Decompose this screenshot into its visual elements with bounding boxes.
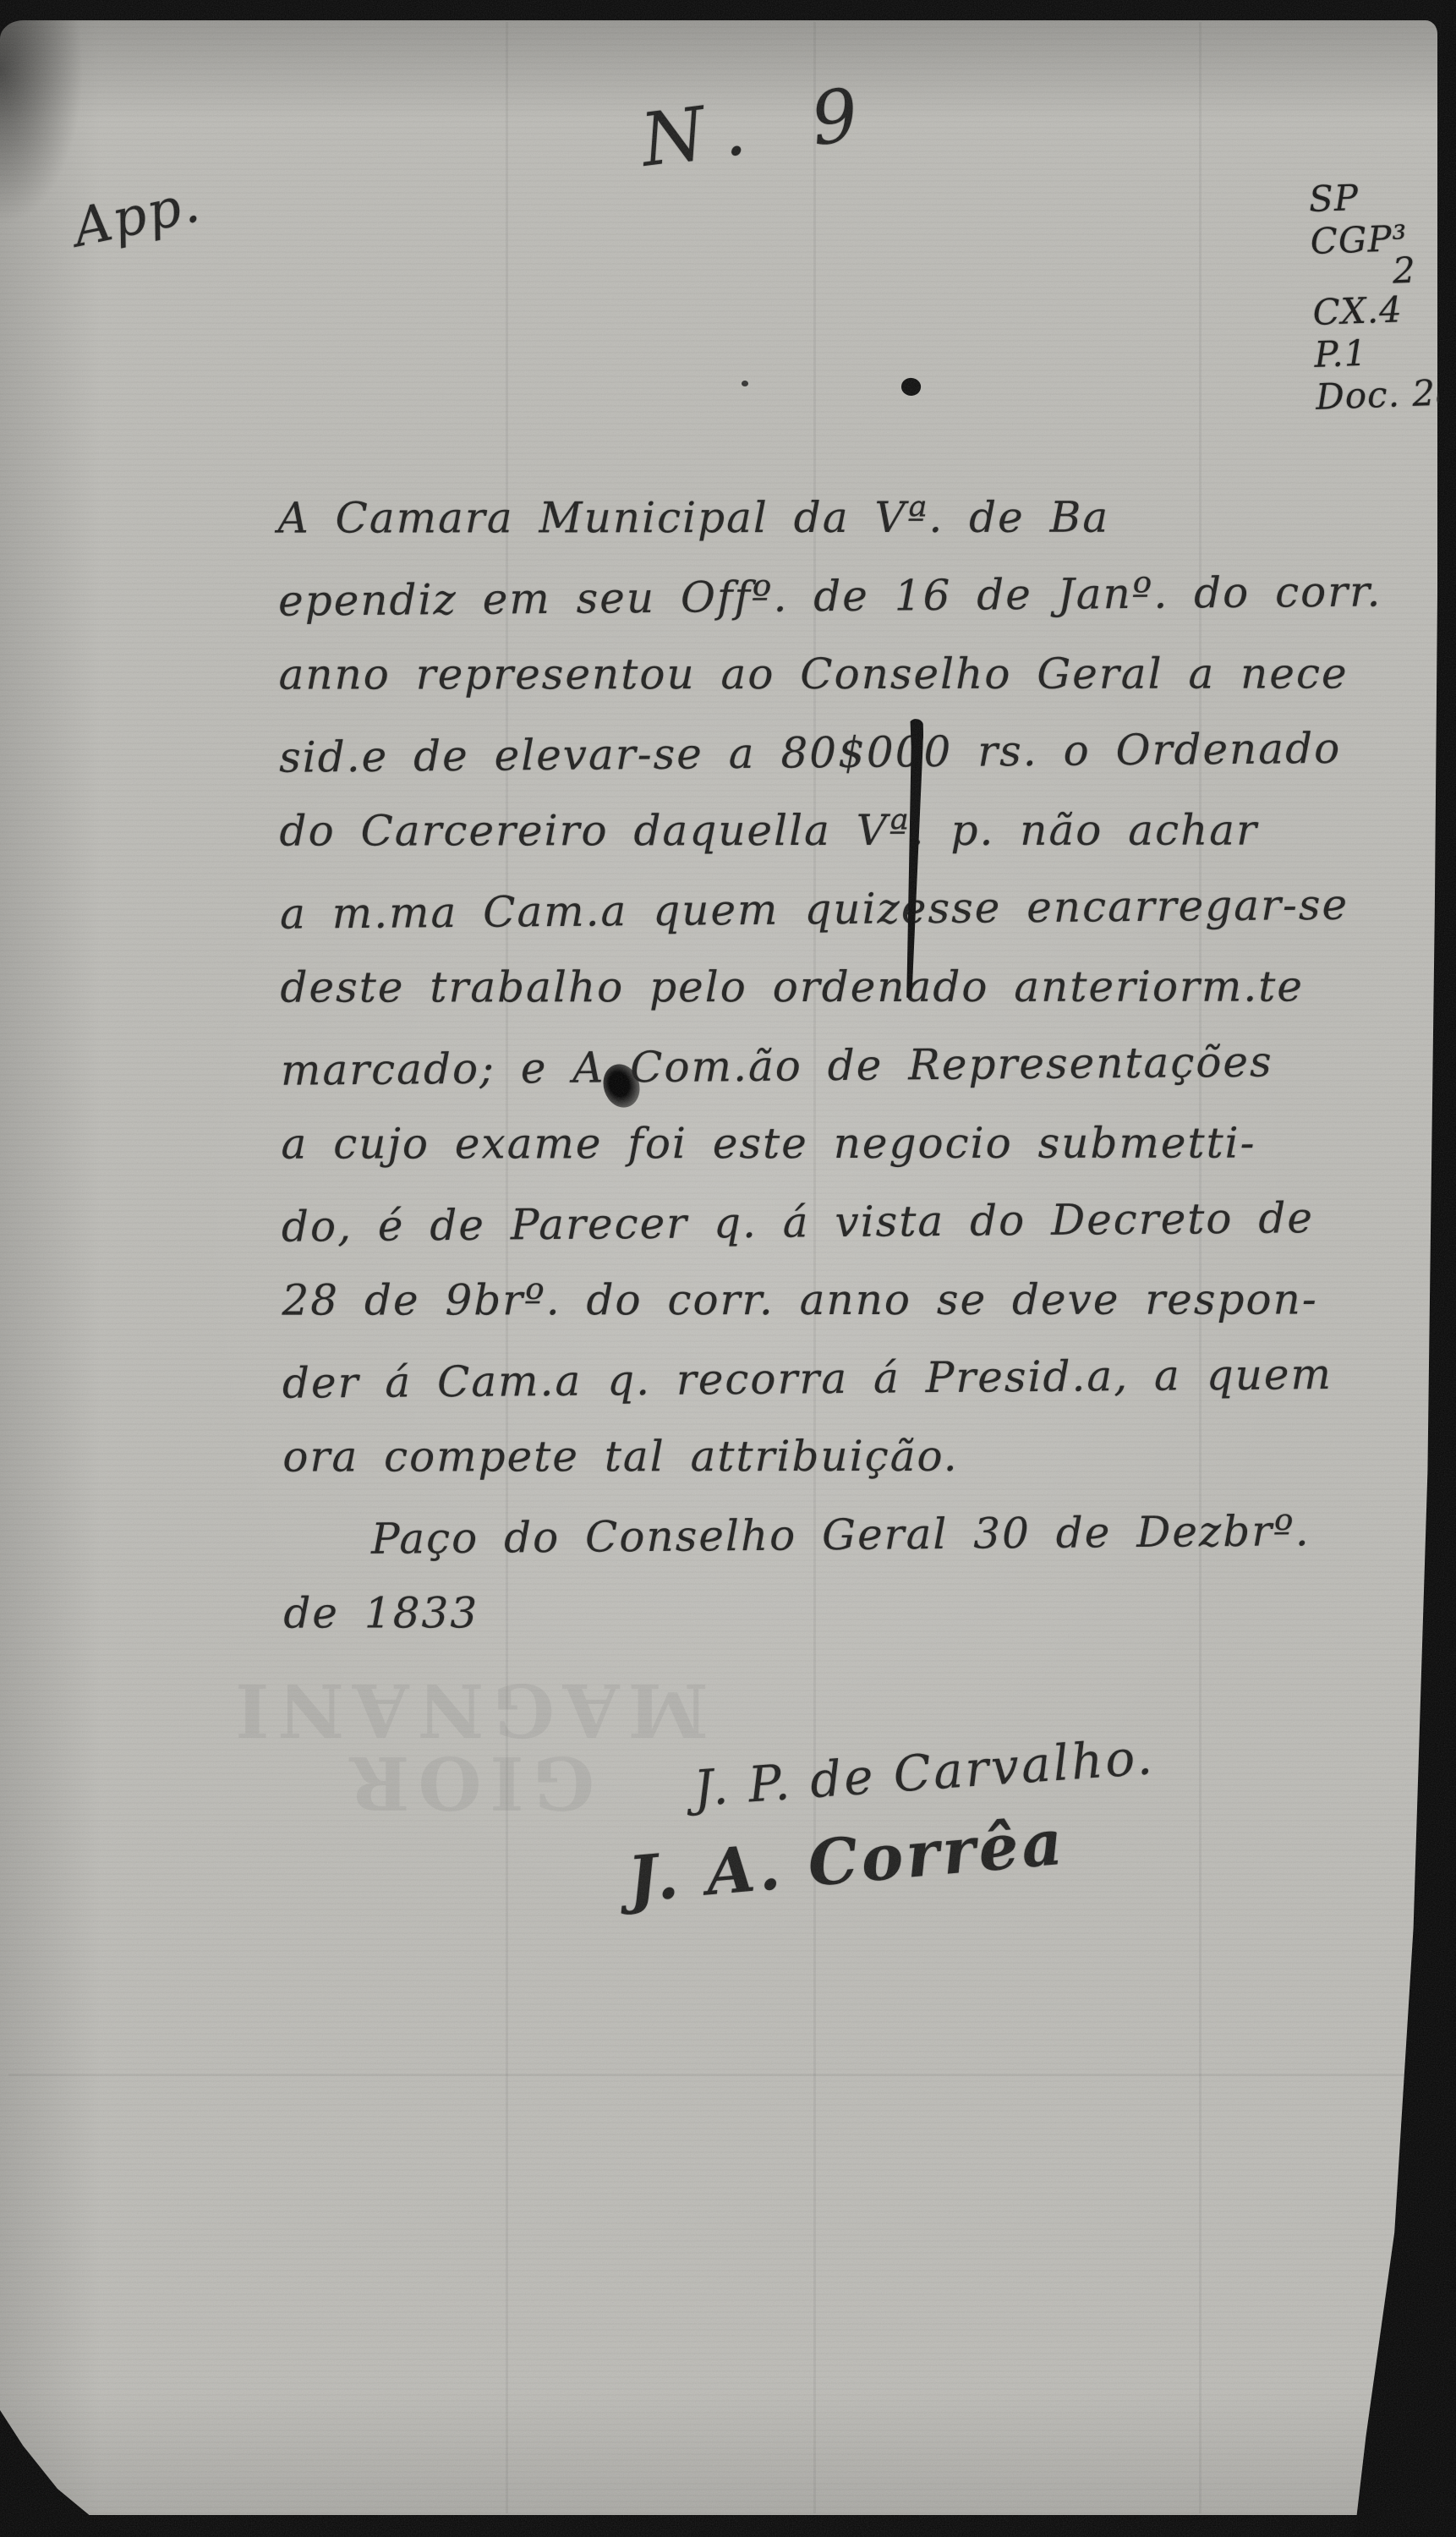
archival-mark: P.1 xyxy=(1314,329,1456,376)
body-line: a m.ma Cam.a quem quizesse encarregar-se xyxy=(280,865,1405,953)
letter-body: A Camara Municipal da Vª. de Ba ependiz … xyxy=(277,476,1408,1655)
archival-mark: Doc. 28 xyxy=(1315,371,1456,419)
dateline: Paço do Conselho Geral 30 de Dezbrº. xyxy=(283,1491,1409,1579)
archival-reference-stack: SP CGP³ 2 CX.4 P.1 Doc. 28 xyxy=(1308,173,1456,419)
body-line: anno representou ao Conselho Geral a nec… xyxy=(279,634,1404,714)
fold-line-horizontal xyxy=(8,2074,1422,2076)
body-line: marcado; e A Com.ão de Representações xyxy=(281,1022,1406,1110)
body-line: ependiz em seu Offº. de 16 de Janº. do c… xyxy=(278,552,1404,640)
papermaker-watermark: GIOR MAGNANI xyxy=(227,1673,709,1818)
body-line: do, é de Parecer q. á vista do Decreto d… xyxy=(282,1178,1407,1266)
dateline-year: de 1833 xyxy=(283,1573,1408,1652)
body-line: ora compete tal attribuição. xyxy=(282,1416,1407,1496)
ink-speck xyxy=(742,381,748,386)
body-line: A Camara Municipal da Vª. de Ba xyxy=(278,478,1403,557)
body-line: deste trabalho pelo ordenado anteriorm.t… xyxy=(280,947,1404,1027)
body-line: der á Cam.a q. recorra á Presid.a, a que… xyxy=(282,1334,1408,1422)
body-line: do Carcereiro daquella Vª. p. não achar xyxy=(280,791,1404,870)
body-line: 28 de 9brº. do corr. anno se deve respon… xyxy=(282,1260,1406,1340)
body-line: a cujo exame foi este negocio submetti- xyxy=(281,1104,1405,1183)
document-scan: GIOR MAGNANI N. 9 App. SP CGP³ 2 CX.4 P.… xyxy=(0,0,1456,2537)
body-line: sid.e de elevar-se a 80$000 rs. o Ordena… xyxy=(279,709,1404,797)
archival-mark: CX.4 xyxy=(1312,287,1456,334)
archival-mark: SP xyxy=(1308,173,1453,221)
